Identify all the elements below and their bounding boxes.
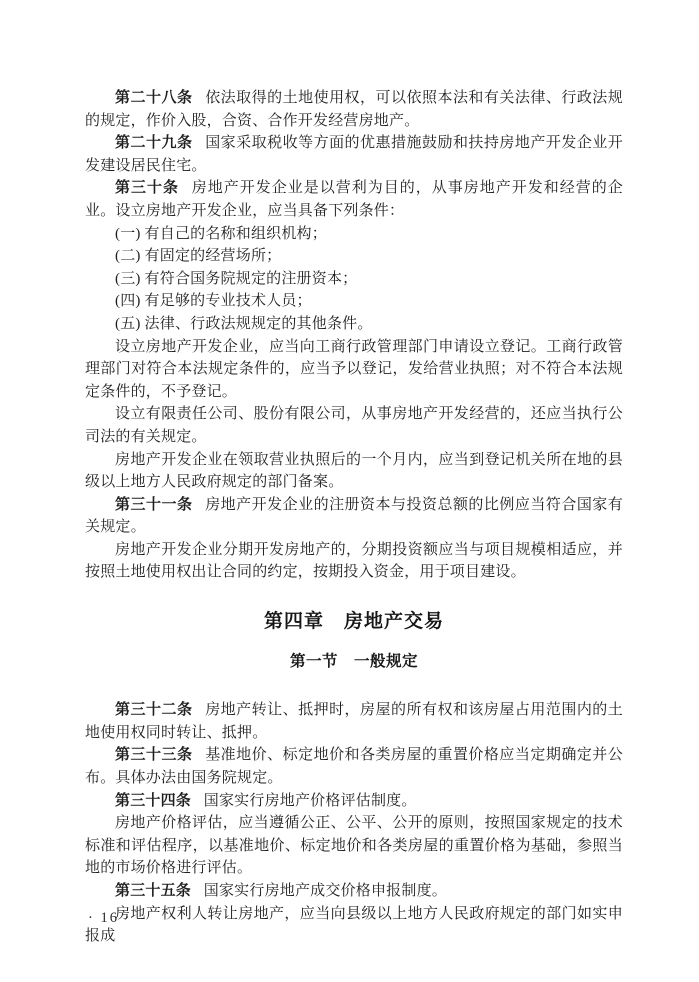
paragraph: (四) 有足够的专业技术人员；: [85, 290, 623, 313]
paragraph-text: (五) 法律、行政法规规定的其他条件。: [115, 316, 373, 332]
paragraph: 第三十五条国家实行房地产成交价格申报制度。: [85, 880, 623, 903]
body-top: 第二十八条依法取得的土地使用权，可以依照本法和有关法律、行政法规的规定，作价入股…: [85, 87, 623, 584]
paragraph-text: 设立有限责任公司、股份有限公司，从事房地产开发经营的，还应当执行公司法的有关规定…: [85, 406, 623, 445]
paragraph: 设立有限责任公司、股份有限公司，从事房地产开发经营的，还应当执行公司法的有关规定…: [85, 403, 623, 448]
article-number: 第二十八条: [115, 90, 192, 106]
paragraph: 第三十四条国家实行房地产价格评估制度。: [85, 790, 623, 813]
paragraph: (五) 法律、行政法规规定的其他条件。: [85, 313, 623, 336]
paragraph: (二) 有固定的经营场所；: [85, 245, 623, 268]
paragraph: 设立房地产开发企业，应当向工商行政管理部门申请设立登记。工商行政管理部门对符合本…: [85, 336, 623, 404]
paragraph-text: (四) 有足够的专业技术人员；: [115, 293, 312, 309]
body-bottom: 第三十二条房地产转让、抵押时，房屋的所有权和该房屋占用范围内的土地使用权同时转让…: [85, 699, 623, 948]
text-column: 第二十八条依法取得的土地使用权，可以依照本法和有关法律、行政法规的规定，作价入股…: [85, 87, 623, 948]
paragraph: (一) 有自己的名称和组织机构；: [85, 223, 623, 246]
paragraph-text: 国家实行房地产成交价格申报制度。: [204, 883, 447, 899]
paragraph-text: 房地产价格评估，应当遵循公正、公平、公开的原则，按照国家规定的技术标准和评估程序…: [85, 815, 623, 876]
paragraph-text: 房地产权利人转让房地产，应当向县级以上地方人民政府规定的部门如实申报成: [85, 906, 623, 945]
paragraph: 第二十八条依法取得的土地使用权，可以依照本法和有关法律、行政法规的规定，作价入股…: [85, 87, 623, 132]
paragraph: 第三十一条房地产开发企业的注册资本与投资总额的比例应当符合国家有关规定。: [85, 494, 623, 539]
paragraph: 房地产开发企业在领取营业执照后的一个月内，应当到登记机关所在地的县级以上地方人民…: [85, 449, 623, 494]
article-number: 第三十五条: [115, 883, 191, 899]
paragraph: 第三十二条房地产转让、抵押时，房屋的所有权和该房屋占用范围内的土地使用权同时转让…: [85, 699, 623, 744]
paragraph-text: 房地产开发企业分期开发房地产的，分期投资额应当与项目规模相适应，并按照土地使用权…: [85, 542, 623, 581]
article-number: 第三十二条: [115, 702, 192, 718]
article-number: 第二十九条: [115, 135, 192, 151]
paragraph: 房地产权利人转让房地产，应当向县级以上地方人民政府规定的部门如实申报成: [85, 903, 623, 948]
document-page: 第二十八条依法取得的土地使用权，可以依照本法和有关法律、行政法规的规定，作价入股…: [0, 0, 699, 982]
paragraph-text: 房地产开发企业在领取营业执照后的一个月内，应当到登记机关所在地的县级以上地方人民…: [85, 452, 623, 491]
article-number: 第三十条: [115, 180, 179, 196]
section-heading: 第一节 一般规定: [85, 651, 623, 674]
paragraph: (三) 有符合国务院规定的注册资本；: [85, 268, 623, 291]
article-number: 第三十一条: [115, 497, 192, 513]
paragraph: 房地产价格评估，应当遵循公正、公平、公开的原则，按照国家规定的技术标准和评估程序…: [85, 812, 623, 880]
article-number: 第三十三条: [115, 747, 192, 763]
paragraph: 房地产开发企业分期开发房地产的，分期投资额应当与项目规模相适应，并按照土地使用权…: [85, 539, 623, 584]
paragraph: 第三十三条基准地价、标定地价和各类房屋的重置价格应当定期确定并公布。具体办法由国…: [85, 744, 623, 789]
paragraph: 第二十九条国家采取税收等方面的优惠措施鼓励和扶持房地产开发企业开发建设居民住宅。: [85, 132, 623, 177]
paragraph-text: 设立房地产开发企业，应当向工商行政管理部门申请设立登记。工商行政管理部门对符合本…: [85, 339, 623, 400]
paragraph-text: (二) 有固定的经营场所；: [115, 248, 281, 264]
paragraph-text: (一) 有自己的名称和组织机构；: [115, 226, 327, 242]
paragraph-text: (三) 有符合国务院规定的注册资本；: [115, 271, 357, 287]
paragraph-text: 国家实行房地产价格评估制度。: [204, 793, 417, 809]
page-number: · 16 ·: [88, 910, 131, 927]
paragraph: 第三十条房地产开发企业是以营利为目的，从事房地产开发和经营的企业。设立房地产开发…: [85, 177, 623, 222]
article-number: 第三十四条: [115, 793, 191, 809]
chapter-heading: 第四章 房地产交易: [85, 611, 623, 634]
